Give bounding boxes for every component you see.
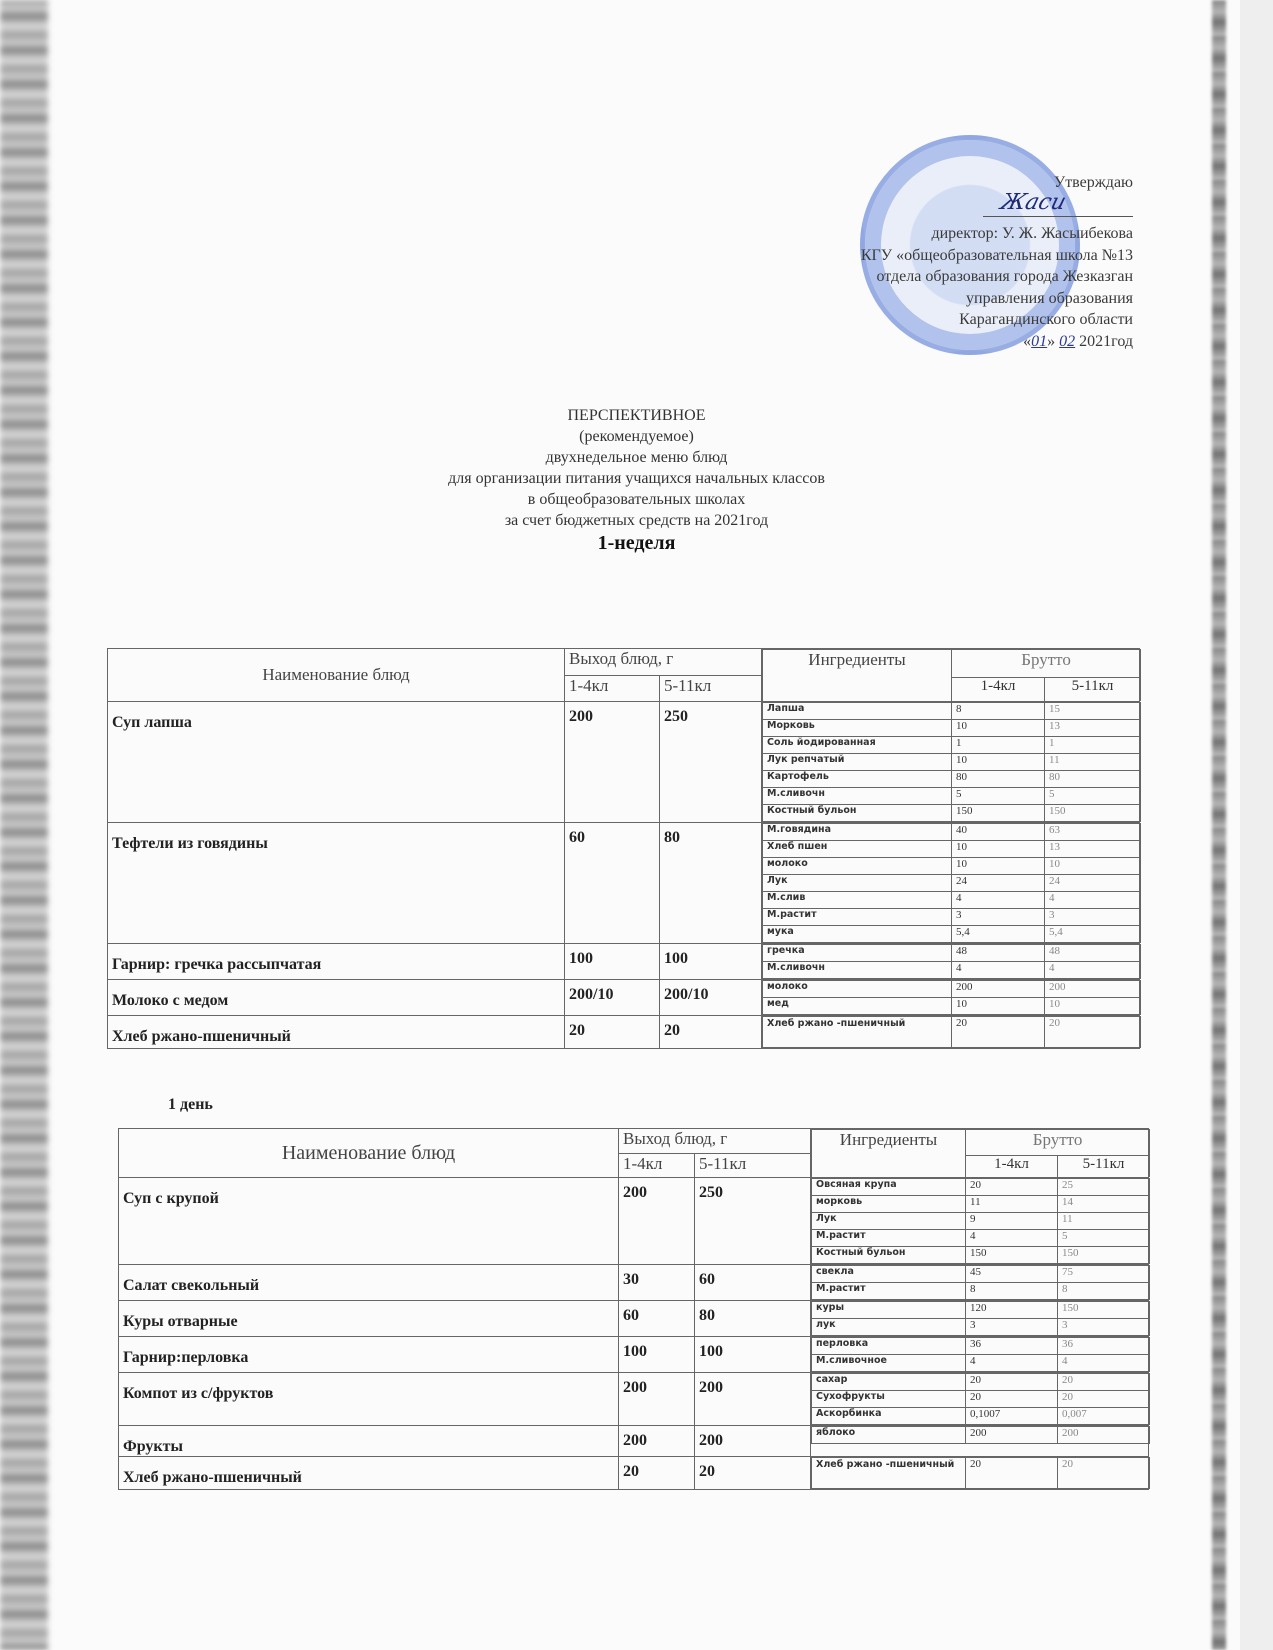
gross-5-11: 0,007 <box>1058 1408 1150 1425</box>
ingredient-name: молоко <box>763 981 952 998</box>
gross-5-11: 15 <box>1045 703 1141 720</box>
menu-table-1: Наименование блюд Выход блюд, г Ингредие… <box>107 648 1140 1049</box>
title-line-3: двухнедельное меню блюд <box>0 447 1273 468</box>
yield-1-4: 100 <box>565 944 660 980</box>
header-ingredients-gross: Ингредиенты Брутто 1-4кл 5-11кл <box>762 649 1140 702</box>
ingredient-row: Лапша815 <box>763 703 1141 720</box>
title-line-1: ПЕРСПЕКТИВНОЕ <box>0 405 1273 426</box>
ingredient-name: Лук <box>763 875 952 892</box>
gross-5-11: 5,4 <box>1045 926 1141 943</box>
gross-5-11: 8 <box>1058 1283 1150 1300</box>
table-row: Молоко с медом200/10200/10молоко200200ме… <box>108 980 1140 1016</box>
ingredient-name: Лапша <box>763 703 952 720</box>
day-label: 1 день <box>168 1096 213 1114</box>
gross-5-11: 4 <box>1045 892 1141 909</box>
ingredient-row: Лук911 <box>812 1213 1150 1230</box>
ingredient-row: М.растит33 <box>763 909 1141 926</box>
header-ingredients: Ингредиенты <box>763 650 952 702</box>
gross-5-11: 5 <box>1058 1230 1150 1247</box>
ingredient-row: Овсяная крупа2025 <box>812 1179 1150 1196</box>
ingredients-cell: куры120150лук33 <box>811 1301 1149 1337</box>
yield-5-11: 80 <box>660 823 762 944</box>
ingredient-row: Костный бульон150150 <box>763 805 1141 822</box>
gross-5-11: 20 <box>1058 1391 1150 1408</box>
ingredient-name: свекла <box>812 1266 966 1283</box>
ingredients-cell: Хлеб ржано -пшеничный2020 <box>811 1457 1149 1490</box>
ingredient-row: Хлеб ржано -пшеничный2020 <box>763 1017 1141 1048</box>
gross-1-4: 150 <box>952 805 1045 822</box>
approval-date: «01» 02 2021год <box>861 331 1133 353</box>
ingredient-row: Морковь1013 <box>763 720 1141 737</box>
header-yield: Выход блюд, г <box>619 1129 811 1154</box>
gross-1-4: 150 <box>966 1247 1058 1264</box>
yield-5-11: 250 <box>660 702 762 823</box>
header-gross: Брутто <box>952 650 1141 678</box>
dish-name: Суп лапша <box>108 702 565 823</box>
gross-1-4: 20 <box>966 1391 1058 1408</box>
ingredient-name: куры <box>812 1302 966 1319</box>
dish-name: Куры отварные <box>119 1301 619 1337</box>
gross-5-11: 3 <box>1045 909 1141 926</box>
ingredient-name: М.сливочное <box>812 1355 966 1372</box>
signature-line: Жаси <box>983 194 1133 217</box>
header-gross-1-4: 1-4кл <box>966 1155 1058 1177</box>
gross-5-11: 11 <box>1058 1213 1150 1230</box>
gross-5-11: 20 <box>1058 1374 1150 1391</box>
header-yield-5-11: 5-11кл <box>695 1153 811 1178</box>
gross-5-11: 3 <box>1058 1319 1150 1336</box>
table-row: Тефтели из говядины6080М.говядина4063Хле… <box>108 823 1140 944</box>
gross-5-11: 150 <box>1058 1302 1150 1319</box>
table-row: Фрукты200200яблоко200200 <box>119 1426 1149 1457</box>
ingredient-row: морковь1114 <box>812 1196 1150 1213</box>
gross-1-4: 10 <box>952 998 1045 1015</box>
gross-5-11: 200 <box>1058 1427 1150 1444</box>
header-yield: Выход блюд, г <box>565 649 762 676</box>
header-gross-5-11: 5-11кл <box>1058 1155 1150 1177</box>
ingredients-cell: гречка4848М.сливочн44 <box>762 944 1140 980</box>
gross-1-4: 5 <box>952 788 1045 805</box>
gross-5-11: 36 <box>1058 1338 1150 1355</box>
gross-1-4: 4 <box>952 892 1045 909</box>
ingredient-row: молоко200200 <box>763 981 1141 998</box>
gross-5-11: 11 <box>1045 754 1141 771</box>
dish-name: Компот из с/фруктов <box>119 1373 619 1426</box>
gross-5-11: 20 <box>1045 1017 1141 1048</box>
approve-label: Утверждаю <box>861 172 1133 194</box>
ingredient-row: Костный бульон150150 <box>812 1247 1150 1264</box>
ingredients-cell: молоко200200мед1010 <box>762 980 1140 1016</box>
ingredient-row: сахар2020 <box>812 1374 1150 1391</box>
gross-5-11: 63 <box>1045 824 1141 841</box>
gross-1-4: 4 <box>952 962 1045 979</box>
ingredient-name: Овсяная крупа <box>812 1179 966 1196</box>
yield-1-4: 60 <box>565 823 660 944</box>
week-heading: 1-неделя <box>0 533 1273 554</box>
table-row: Салат свекольный3060свекла4575М.растит88 <box>119 1265 1149 1301</box>
ingredient-name: М.говядина <box>763 824 952 841</box>
gross-1-4: 10 <box>952 841 1045 858</box>
ingredient-name: лук <box>812 1319 966 1336</box>
dish-name: Фрукты <box>119 1426 619 1457</box>
gross-5-11: 5 <box>1045 788 1141 805</box>
ingredient-row: Лук2424 <box>763 875 1141 892</box>
gross-5-11: 48 <box>1045 945 1141 962</box>
ingredient-name: Хлеб пшен <box>763 841 952 858</box>
yield-5-11: 20 <box>660 1016 762 1049</box>
header-dish-name: Наименование блюд <box>119 1129 619 1178</box>
ingredient-name: яблоко <box>812 1427 966 1444</box>
ingredient-row: М.говядина4063 <box>763 824 1141 841</box>
yield-5-11: 200 <box>695 1426 811 1457</box>
gross-1-4: 10 <box>952 858 1045 875</box>
ingredient-name: Хлеб ржано -пшеничный <box>812 1458 966 1489</box>
ingredient-row: гречка4848 <box>763 945 1141 962</box>
header-ingredients-gross: Ингредиенты Брутто 1-4кл 5-11кл <box>811 1129 1149 1178</box>
ingredient-row: яблоко200200 <box>812 1427 1150 1444</box>
yield-1-4: 30 <box>619 1265 695 1301</box>
gross-1-4: 200 <box>966 1427 1058 1444</box>
gross-5-11: 14 <box>1058 1196 1150 1213</box>
ingredients-cell: М.говядина4063Хлеб пшен1013молоко1010Лук… <box>762 823 1140 944</box>
ingredient-row: Аскорбинка0,10070,007 <box>812 1408 1150 1425</box>
gross-5-11: 1 <box>1045 737 1141 754</box>
ingredient-row: свекла4575 <box>812 1266 1150 1283</box>
gross-1-4: 80 <box>952 771 1045 788</box>
ingredient-row: М.сливочн55 <box>763 788 1141 805</box>
dish-name: Тефтели из говядины <box>108 823 565 944</box>
table-row: Суп с крупой200250Овсяная крупа2025морко… <box>119 1178 1149 1265</box>
ingredients-cell: свекла4575М.растит88 <box>811 1265 1149 1301</box>
header-dish-name: Наименование блюд <box>108 649 565 702</box>
gross-1-4: 8 <box>966 1283 1058 1300</box>
ingredient-name: мед <box>763 998 952 1015</box>
ingredient-row: мед1010 <box>763 998 1141 1015</box>
ingredient-name: мука <box>763 926 952 943</box>
ingredient-name: М.слив <box>763 892 952 909</box>
table-row: Суп лапша200250Лапша815Морковь1013Соль й… <box>108 702 1140 823</box>
gross-1-4: 9 <box>966 1213 1058 1230</box>
document-title: ПЕРСПЕКТИВНОЕ (рекомендуемое) двухнедель… <box>0 405 1273 554</box>
gross-5-11: 150 <box>1045 805 1141 822</box>
ingredient-name: Костный бульон <box>812 1247 966 1264</box>
gross-1-4: 4 <box>966 1230 1058 1247</box>
dish-name: Хлеб ржано-пшеничный <box>108 1016 565 1049</box>
yield-5-11: 100 <box>695 1337 811 1373</box>
gross-1-4: 48 <box>952 945 1045 962</box>
ingredient-name: Аскорбинка <box>812 1408 966 1425</box>
ingredient-row: Картофель8080 <box>763 771 1141 788</box>
gross-1-4: 36 <box>966 1338 1058 1355</box>
ingredient-name: сахар <box>812 1374 966 1391</box>
gross-1-4: 3 <box>966 1319 1058 1336</box>
ingredients-cell: Хлеб ржано -пшеничный2020 <box>762 1016 1140 1049</box>
yield-1-4: 20 <box>565 1016 660 1049</box>
table-row: Хлеб ржано-пшеничный2020Хлеб ржано -пшен… <box>108 1016 1140 1049</box>
ingredient-name: М.растит <box>812 1230 966 1247</box>
table-row: Гарнир: гречка рассыпчатая100100гречка48… <box>108 944 1140 980</box>
gross-5-11: 80 <box>1045 771 1141 788</box>
gross-5-11: 150 <box>1058 1247 1150 1264</box>
yield-1-4: 100 <box>619 1337 695 1373</box>
ingredient-name: Картофель <box>763 771 952 788</box>
gross-5-11: 13 <box>1045 841 1141 858</box>
gross-1-4: 8 <box>952 703 1045 720</box>
ingredient-row: М.сливочн44 <box>763 962 1141 979</box>
gross-1-4: 120 <box>966 1302 1058 1319</box>
approval-block: Утверждаю Жаси директор: У. Ж. Жасыибеко… <box>861 172 1133 352</box>
ingredient-row: Хлеб пшен1013 <box>763 841 1141 858</box>
gross-1-4: 200 <box>952 981 1045 998</box>
ingredients-cell: Овсяная крупа2025морковь1114Лук911М.раст… <box>811 1178 1149 1265</box>
gross-1-4: 20 <box>952 1017 1045 1048</box>
table-row: Гарнир:перловка100100перловка3636М.сливо… <box>119 1337 1149 1373</box>
ingredient-name: Морковь <box>763 720 952 737</box>
gross-5-11: 13 <box>1045 720 1141 737</box>
ingredient-row: Соль йодированная11 <box>763 737 1141 754</box>
scan-shadow-left <box>0 0 48 1650</box>
menu-table-2: Наименование блюд Выход блюд, г Ингредие… <box>118 1128 1149 1490</box>
dish-name: Гарнир: гречка рассыпчатая <box>108 944 565 980</box>
gross-5-11: 200 <box>1045 981 1141 998</box>
yield-5-11: 100 <box>660 944 762 980</box>
yield-5-11: 20 <box>695 1457 811 1490</box>
gross-1-4: 24 <box>952 875 1045 892</box>
gross-1-4: 20 <box>966 1179 1058 1196</box>
ingredient-row: мука5,45,4 <box>763 926 1141 943</box>
header-yield-1-4: 1-4кл <box>565 675 660 702</box>
ingredient-name: М.сливочн <box>763 788 952 805</box>
date-year: 2021год <box>1079 333 1133 350</box>
date-month: 02 <box>1059 333 1075 350</box>
yield-5-11: 80 <box>695 1301 811 1337</box>
ingredients-cell: сахар2020Сухофрукты2020Аскорбинка0,10070… <box>811 1373 1149 1426</box>
dish-name: Хлеб ржано-пшеничный <box>119 1457 619 1490</box>
ingredient-row: М.растит88 <box>812 1283 1150 1300</box>
ingredient-name: перловка <box>812 1338 966 1355</box>
ingredient-row: молоко1010 <box>763 858 1141 875</box>
ingredient-row: куры120150 <box>812 1302 1150 1319</box>
yield-1-4: 200/10 <box>565 980 660 1016</box>
gross-1-4: 1 <box>952 737 1045 754</box>
ingredient-row: М.растит45 <box>812 1230 1150 1247</box>
gross-1-4: 4 <box>966 1355 1058 1372</box>
yield-1-4: 200 <box>565 702 660 823</box>
ingredient-row: перловка3636 <box>812 1338 1150 1355</box>
scan-shadow-right <box>1212 0 1226 1650</box>
director-name: директор: У. Ж. Жасыибекова <box>861 223 1133 245</box>
gross-5-11: 20 <box>1058 1458 1150 1489</box>
ingredient-name: М.растит <box>812 1283 966 1300</box>
gross-5-11: 10 <box>1045 998 1141 1015</box>
table-row: Куры отварные6080куры120150лук33 <box>119 1301 1149 1337</box>
title-line-2: (рекомендуемое) <box>0 426 1273 447</box>
yield-5-11: 60 <box>695 1265 811 1301</box>
signature-icon: Жаси <box>998 192 1068 214</box>
table-row: Компот из с/фруктов200200сахар2020Сухофр… <box>119 1373 1149 1426</box>
gross-5-11: 75 <box>1058 1266 1150 1283</box>
dish-name: Суп с крупой <box>119 1178 619 1265</box>
gross-1-4: 11 <box>966 1196 1058 1213</box>
gross-1-4: 3 <box>952 909 1045 926</box>
header-yield-1-4: 1-4кл <box>619 1153 695 1178</box>
ingredient-name: Лук репчатый <box>763 754 952 771</box>
ingredient-name: Костный бульон <box>763 805 952 822</box>
ingredient-name: гречка <box>763 945 952 962</box>
dish-name: Молоко с медом <box>108 980 565 1016</box>
gross-1-4: 5,4 <box>952 926 1045 943</box>
ingredient-name: Лук <box>812 1213 966 1230</box>
dish-name: Гарнир:перловка <box>119 1337 619 1373</box>
yield-1-4: 20 <box>619 1457 695 1490</box>
title-line-6: за счет бюджетных средств на 2021год <box>0 510 1273 531</box>
gross-1-4: 10 <box>952 754 1045 771</box>
yield-5-11: 200 <box>695 1373 811 1426</box>
org-line-2: отдела образования города Жезказган <box>861 266 1133 288</box>
header-ingredients: Ингредиенты <box>812 1130 966 1178</box>
ingredients-cell: Лапша815Морковь1013Соль йодированная11Лу… <box>762 702 1140 823</box>
org-line-3: управления образования <box>861 288 1133 310</box>
header-gross-5-11: 5-11кл <box>1045 678 1141 701</box>
dish-name: Салат свекольный <box>119 1265 619 1301</box>
ingredient-row: М.сливочное44 <box>812 1355 1150 1372</box>
yield-1-4: 200 <box>619 1178 695 1265</box>
ingredient-name: молоко <box>763 858 952 875</box>
gross-5-11: 25 <box>1058 1179 1150 1196</box>
gross-5-11: 4 <box>1045 962 1141 979</box>
gross-1-4: 45 <box>966 1266 1058 1283</box>
yield-5-11: 250 <box>695 1178 811 1265</box>
scan-margin-right <box>1240 0 1273 1650</box>
ingredient-name: М.растит <box>763 909 952 926</box>
ingredients-cell: яблоко200200 <box>811 1426 1149 1457</box>
gross-1-4: 0,1007 <box>966 1408 1058 1425</box>
gross-5-11: 10 <box>1045 858 1141 875</box>
title-line-4: для организации питания учащихся начальн… <box>0 468 1273 489</box>
header-gross-1-4: 1-4кл <box>952 678 1045 701</box>
yield-1-4: 200 <box>619 1373 695 1426</box>
ingredient-name: М.сливочн <box>763 962 952 979</box>
ingredient-row: Сухофрукты2020 <box>812 1391 1150 1408</box>
gross-1-4: 20 <box>966 1374 1058 1391</box>
ingredient-name: Сухофрукты <box>812 1391 966 1408</box>
ingredient-name: морковь <box>812 1196 966 1213</box>
yield-1-4: 200 <box>619 1426 695 1457</box>
gross-1-4: 40 <box>952 824 1045 841</box>
gross-5-11: 24 <box>1045 875 1141 892</box>
gross-1-4: 20 <box>966 1458 1058 1489</box>
ingredient-name: Хлеб ржано -пшеничный <box>763 1017 952 1048</box>
title-line-5: в общеобразовательных школах <box>0 489 1273 510</box>
org-line-4: Карагандинского области <box>861 309 1133 331</box>
ingredient-row: Лук репчатый1011 <box>763 754 1141 771</box>
ingredient-row: М.слив44 <box>763 892 1141 909</box>
yield-1-4: 60 <box>619 1301 695 1337</box>
table-row: Хлеб ржано-пшеничный2020Хлеб ржано -пшен… <box>119 1457 1149 1490</box>
yield-5-11: 200/10 <box>660 980 762 1016</box>
header-yield-5-11: 5-11кл <box>660 675 762 702</box>
org-line-1: КГУ «общеобразовательная школа №13 <box>861 245 1133 267</box>
ingredient-row: лук33 <box>812 1319 1150 1336</box>
gross-1-4: 10 <box>952 720 1045 737</box>
date-day: 01 <box>1031 333 1047 350</box>
header-gross: Брутто <box>966 1130 1150 1156</box>
gross-5-11: 4 <box>1058 1355 1150 1372</box>
ingredient-name: Соль йодированная <box>763 737 952 754</box>
ingredient-row: Хлеб ржано -пшеничный2020 <box>812 1458 1150 1489</box>
ingredients-cell: перловка3636М.сливочное44 <box>811 1337 1149 1373</box>
